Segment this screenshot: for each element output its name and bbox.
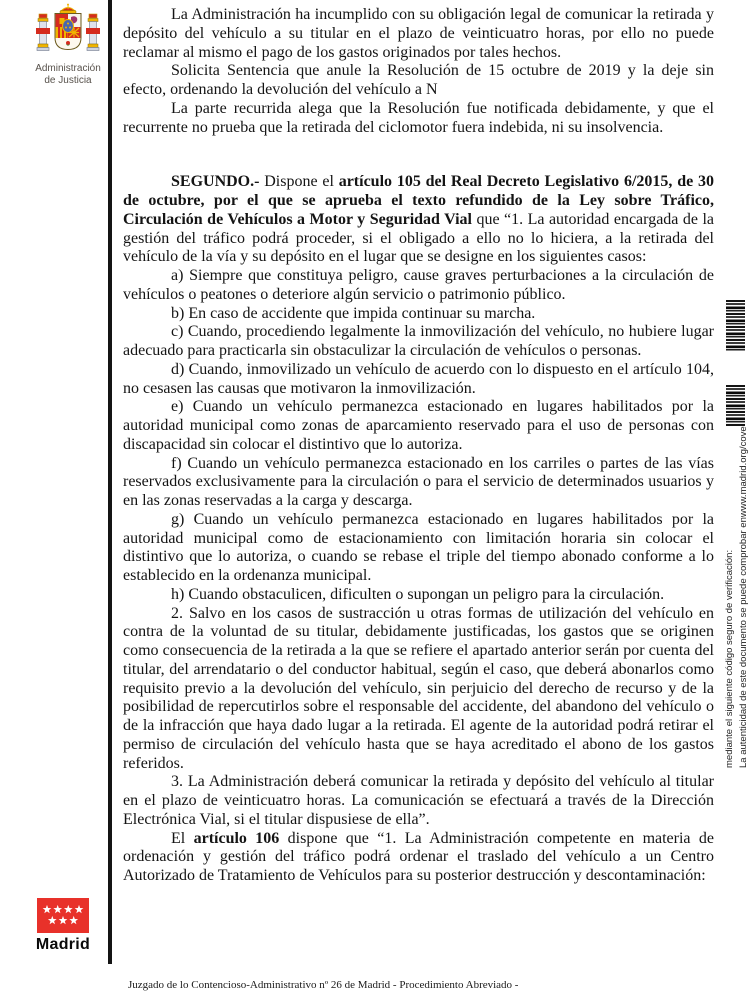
barcode-icon — [726, 385, 745, 426]
paragraph: f) Cuando un vehículo permanezca estacio… — [123, 455, 714, 511]
paragraph: SEGUNDO.- Dispone el artículo 105 del Re… — [123, 173, 714, 267]
page-footer: Juzgado de lo Contencioso-Administrativo… — [128, 979, 518, 991]
paragraph: El artículo 106 dispone que “1. La Admin… — [123, 830, 714, 886]
madrid-flag-icon — [37, 898, 89, 933]
paragraph: h) Cuando obstaculicen, dificulten o sup… — [123, 586, 714, 605]
spain-coat-of-arms-icon — [35, 3, 101, 61]
paragraph: c) Cuando, procediendo legalmente la inm… — [123, 323, 714, 361]
paragraph: a) Siempre que constituya peligro, cause… — [123, 267, 714, 305]
paragraph: e) Cuando un vehículo permanezca estacio… — [123, 398, 714, 454]
justice-caption-line2: de Justicia — [20, 75, 116, 87]
verification-sentence: La autenticidad de este documento se pue… — [737, 517, 750, 768]
justice-administration-logo: Administración de Justicia — [20, 3, 116, 86]
paragraph: b) En caso de accidente que impida conti… — [123, 305, 714, 324]
paragraph: La parte recurrida alega que la Resoluci… — [123, 100, 714, 138]
paragraph: d) Cuando, inmovilizado un vehículo de a… — [123, 361, 714, 399]
madrid-logo-label: Madrid — [30, 936, 96, 954]
justice-caption-line1: Administración — [20, 63, 116, 75]
document-body: La Administración ha incumplido con su o… — [123, 6, 714, 886]
verification-text-line1: La autenticidad de este documento se pue… — [737, 436, 750, 768]
paragraph: 3. La Administración deberá comunicar la… — [123, 773, 714, 829]
document-page: Administración de Justicia La Administra… — [0, 0, 750, 998]
paragraph: Solicita Sentencia que anule la Resoluci… — [123, 62, 714, 100]
barcode-icon — [726, 300, 745, 351]
madrid-community-logo: Madrid — [30, 898, 96, 954]
verification-text-line2: mediante el siguiente código seguro de v… — [723, 436, 736, 768]
paragraph: La Administración ha incumplido con su o… — [123, 6, 714, 62]
madrid-flag-field — [37, 898, 89, 933]
paragraph: 2. Salvo en los casos de sustracción u o… — [123, 605, 714, 774]
justice-logo-caption: Administración de Justicia — [20, 63, 116, 86]
verification-url: www.madrid.org/cove — [737, 426, 750, 517]
paragraph: g) Cuando un vehículo permanezca estacio… — [123, 511, 714, 586]
left-margin-divider — [108, 0, 112, 964]
